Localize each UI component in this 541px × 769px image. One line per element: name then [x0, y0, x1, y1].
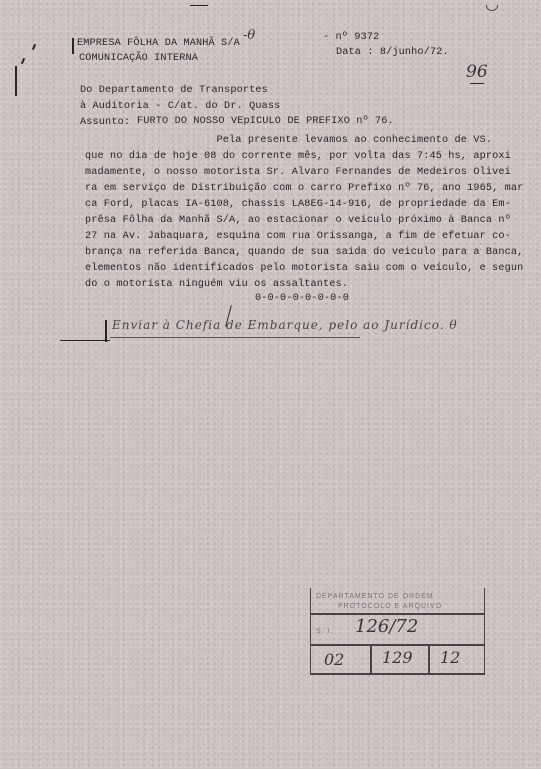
body-line: madamente, o nosso motorista Sr. Alvaro …: [85, 168, 511, 178]
note-underline: [110, 337, 360, 338]
stamp-si-label: S. I.: [316, 628, 333, 635]
stamp-line-2: PROTOCOLO E ARQUIVO: [338, 603, 442, 610]
company-name: EMPRESA FÔLHA DA MANHÃ S/A: [77, 39, 240, 49]
note-baseline: [60, 340, 110, 341]
body-line: ca Ford, placas IA-6108, chassis LA8EG-1…: [85, 200, 511, 210]
separator: 0-0-0-0-0-0-0-0: [255, 294, 349, 304]
from-line: Do Departamento de Transportes: [80, 86, 268, 96]
stamp-cell-1: 02: [324, 650, 344, 669]
margin-mark: [15, 66, 17, 96]
body-line: brança na referida Banca, quando de sua …: [85, 248, 523, 258]
body-line: ra em serviço de Distribuição com o carr…: [85, 184, 523, 194]
note-bracket: [105, 320, 107, 342]
corner-pen-stroke: ◡: [485, 0, 499, 13]
margin-mark: [72, 38, 74, 54]
handwritten-page-number: 96: [466, 62, 488, 82]
stamp-handwritten-code: 126/72: [355, 616, 418, 637]
to-line: à Auditoria - C/at. do Dr. Quass: [80, 102, 280, 112]
body-line: Pela presente levamos ao conhecimento de…: [85, 136, 492, 146]
body-line: prêsa Fôlha da Manhã S/A, ao estacionar …: [85, 216, 511, 226]
stamp-cell-2: 129: [382, 648, 413, 667]
body-line: que no dia de hoje 08 do corrente mês, p…: [85, 152, 511, 162]
memo-number: - nº 9372: [323, 33, 379, 43]
subject-text: FURTO DO NOSSO VEpICULO DE PREFIXO nº 76…: [137, 117, 394, 127]
handwritten-initial: -θ: [243, 28, 255, 43]
body-line: do o motorista ninguém viu os assaltante…: [85, 280, 348, 290]
department-name: COMUNICAÇÃO INTERNA: [79, 54, 198, 64]
handwritten-note: Enviar à Chefia de Embarque, pelo ao Jur…: [112, 318, 458, 332]
memo-date: Data : 8/junho/72.: [336, 48, 449, 58]
margin-mark: [190, 5, 208, 6]
stamp-cell-3: 12: [440, 648, 460, 667]
page-number-underline: [470, 83, 484, 84]
protocol-stamp: DEPARTAMENTO DE ORDEM PROTOCOLO E ARQUIV…: [310, 588, 485, 676]
margin-mark: [21, 58, 25, 64]
body-line: elementos não identificados pelo motoris…: [85, 264, 523, 274]
subject-label: Assunto:: [80, 118, 130, 128]
body-line: 27 na Av. Jabaquara, esquina com rua Ori…: [85, 232, 511, 242]
stamp-line-1: DEPARTAMENTO DE ORDEM: [316, 593, 434, 600]
margin-mark: [32, 44, 36, 50]
